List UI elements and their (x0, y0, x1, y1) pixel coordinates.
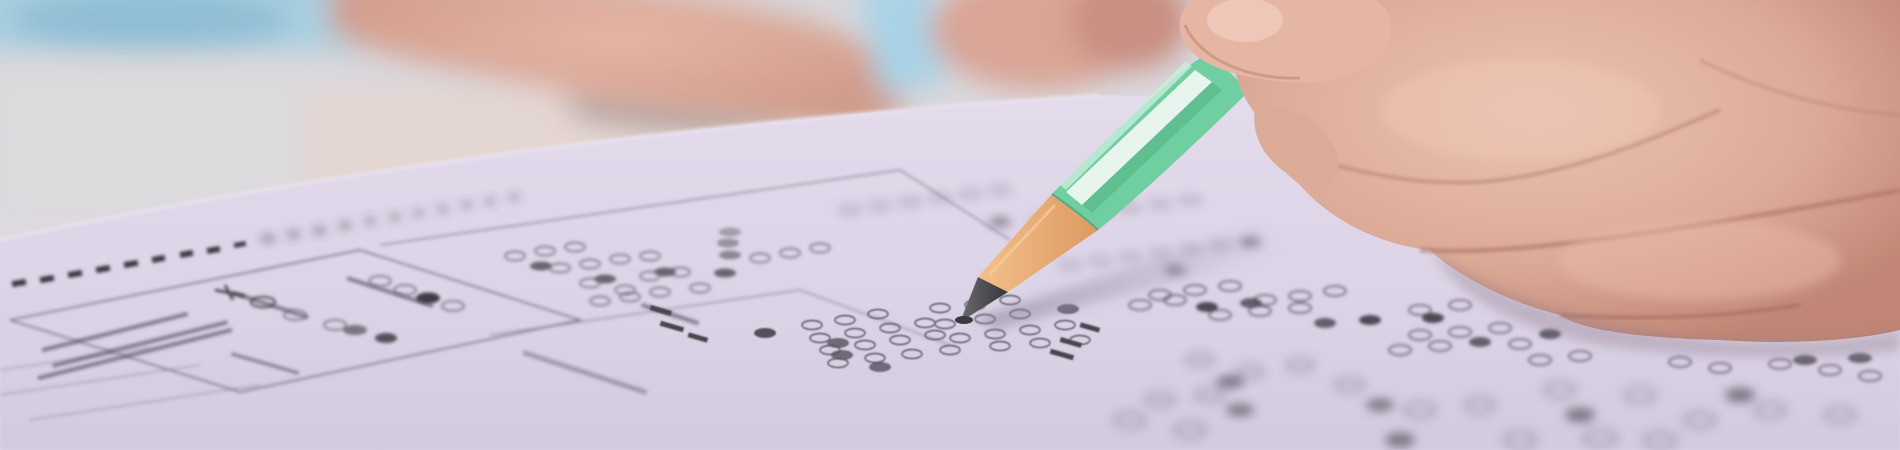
photo-illustration (0, 0, 1900, 450)
pencil-contact (955, 316, 973, 324)
answer-sheet-photo (0, 0, 1900, 450)
thumbnail-highlight (1207, 0, 1283, 42)
